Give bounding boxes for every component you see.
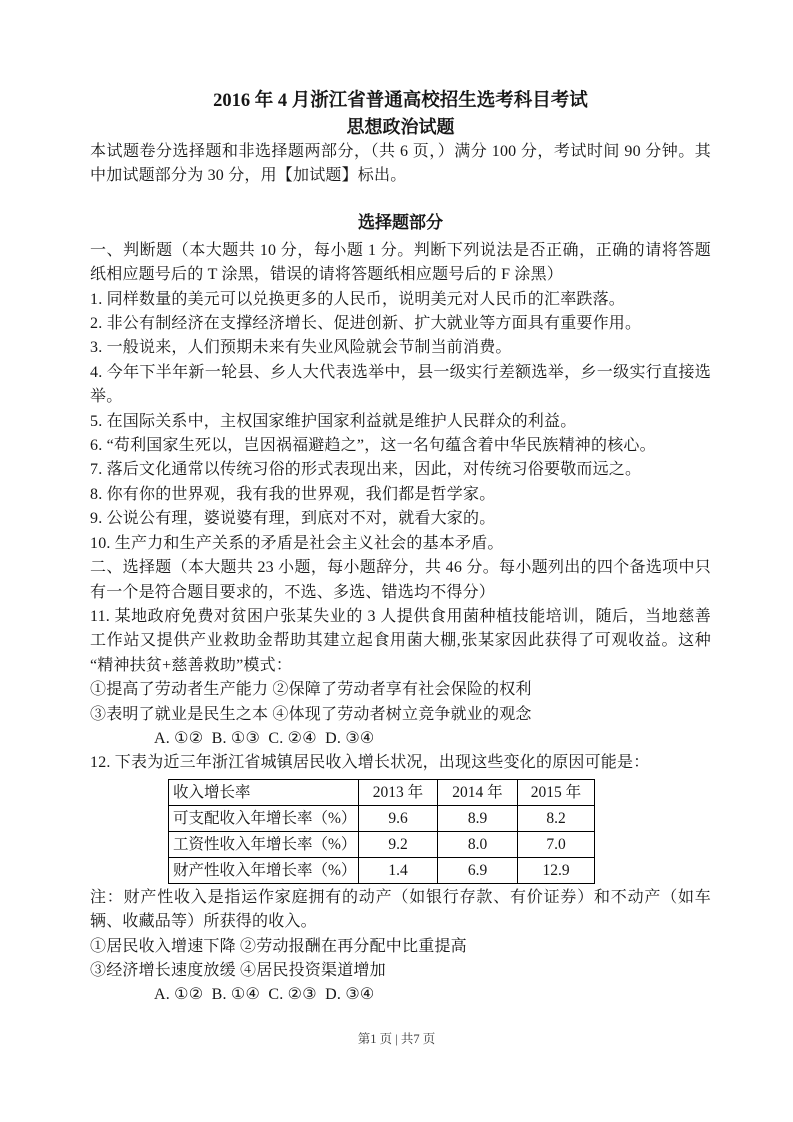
table-row: 财产性收入年增长率（%） 1.4 6.9 12.9	[169, 857, 595, 883]
table-cell: 8.0	[438, 831, 518, 857]
part2-multichoice-intro: 二、选择题（本大题共 23 小题，每小题辞分，共 46 分。每小题列出的四个备选…	[90, 556, 711, 605]
judgment-item-9: 9. 公说公有理，婆说婆有理，到底对不对，就看大家的。	[90, 507, 711, 531]
question-11-suboptions-line2: ③表明了就业是民生之本 ④体现了劳动者树立竞争就业的观念	[90, 703, 711, 727]
table-header-cell: 2014 年	[438, 779, 518, 805]
judgment-item-5: 5. 在国际关系中，主权国家维护国家利益就是维护人民群众的利益。	[90, 410, 711, 434]
question-12-suboptions-line2: ③经济增长速度放缓 ④居民投资渠道增加	[90, 959, 711, 983]
exam-title: 2016 年 4 月浙江省普通高校招生选考科目考试	[90, 88, 711, 115]
judgment-item-6: 6. “苟利国家生死以，岂因祸福避趋之”，这一名句蕴含着中华民族精神的核心。	[90, 434, 711, 458]
question-11-answer-choices: A. ①② B. ①③ C. ②④ D. ③④	[90, 727, 711, 751]
judgment-item-3: 3. 一般说来，人们预期未来有失业风险就会节制当前消费。	[90, 336, 711, 360]
question-12-answer-choices: A. ①② B. ①④ C. ②③ D. ③④	[90, 983, 711, 1007]
table-cell: 9.2	[359, 831, 438, 857]
question-12-note: 注：财产性收入是指运作家庭拥有的动产（如银行存款、有价证券）和不动产（如车辆、收…	[90, 886, 711, 935]
question-12-stem: 12. 下表为近三年浙江省城镇居民收入增长状况，出现这些变化的原因可能是：	[90, 751, 711, 775]
document-content: 2016 年 4 月浙江省普通高校招生选考科目考试 思想政治试题 本试题卷分选择…	[90, 88, 711, 1008]
table-header-row: 收入增长率 2013 年 2014 年 2015 年	[169, 779, 595, 805]
table-cell: 工资性收入年增长率（%）	[169, 831, 359, 857]
table-cell: 6.9	[438, 857, 518, 883]
table-cell: 9.6	[359, 805, 438, 831]
table-row: 可支配收入年增长率（%） 9.6 8.9 8.2	[169, 805, 595, 831]
table-cell: 8.2	[518, 805, 595, 831]
exam-instructions: 本试题卷分选择题和非选择题两部分，（共 6 页，）满分 100 分，考试时间 9…	[90, 140, 711, 189]
section-heading-choice-part: 选择题部分	[90, 210, 711, 235]
table-cell: 1.4	[359, 857, 438, 883]
table-cell: 可支配收入年增长率（%）	[169, 805, 359, 831]
table-row: 工资性收入年增长率（%） 9.2 8.0 7.0	[169, 831, 595, 857]
part1-judgment-intro: 一、判断题（本大题共 10 分，每小题 1 分。判断下列说法是否正确，正确的请将…	[90, 239, 711, 288]
page-number-indicator: 第1 页 | 共7 页	[0, 1030, 793, 1048]
table-header-cell: 2015 年	[518, 779, 595, 805]
judgment-item-1: 1. 同样数量的美元可以兑换更多的人民币，说明美元对人民币的汇率跌落。	[90, 288, 711, 312]
judgment-item-2: 2. 非公有制经济在支撑经济增长、促进创新、扩大就业等方面具有重要作用。	[90, 312, 711, 336]
judgment-item-10: 10. 生产力和生产关系的矛盾是社会主义社会的基本矛盾。	[90, 532, 711, 556]
table-header-cell: 收入增长率	[169, 779, 359, 805]
judgment-item-4: 4. 今年下半年新一轮县、乡人大代表选举中，县一级实行差额选举，乡一级实行直接选…	[90, 361, 711, 410]
question-11-stem: 11. 某地政府免费对贫困户张某失业的 3 人提供食用菌种植技能培训，随后，当地…	[90, 605, 711, 678]
income-growth-table: 收入增长率 2013 年 2014 年 2015 年 可支配收入年增长率（%） …	[168, 779, 595, 884]
exam-subtitle: 思想政治试题	[90, 115, 711, 140]
judgment-item-8: 8. 你有你的世界观，我有我的世界观，我们都是哲学家。	[90, 483, 711, 507]
question-11-suboptions-line1: ①提高了劳动者生产能力 ②保障了劳动者享有社会保险的权利	[90, 678, 711, 702]
table-cell: 7.0	[518, 831, 595, 857]
table-cell: 8.9	[438, 805, 518, 831]
table-cell: 财产性收入年增长率（%）	[169, 857, 359, 883]
table-cell: 12.9	[518, 857, 595, 883]
table-header-cell: 2013 年	[359, 779, 438, 805]
judgment-item-7: 7. 落后文化通常以传统习俗的形式表现出来，因此，对传统习俗要敬而远之。	[90, 458, 711, 482]
question-12-suboptions-line1: ①居民收入增速下降 ②劳动报酬在再分配中比重提高	[90, 935, 711, 959]
exam-document-page: { "header": { "title": "2016 年 4 月浙江省普通高…	[0, 0, 793, 1122]
